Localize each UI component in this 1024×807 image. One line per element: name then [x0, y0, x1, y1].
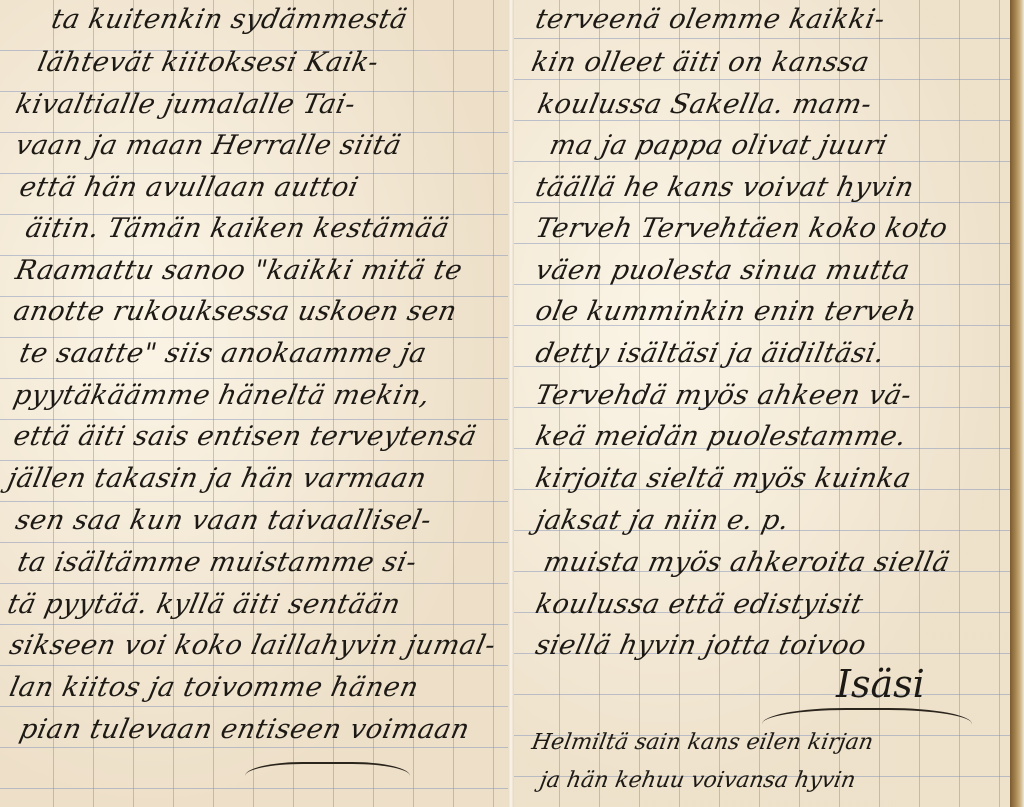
text-line: jaksat ja niin e. p.: [533, 505, 793, 536]
text-line: te saatte" siis anokaamme ja: [17, 338, 430, 369]
text-line: anotte rukouksessa uskoen sen: [11, 296, 460, 327]
text-line: koulussa Sakella. mam-: [535, 89, 875, 120]
flourish-line: [762, 708, 972, 724]
text-line: muista myös ahkeroita siellä: [541, 547, 953, 578]
text-line: äitin. Tämän kaiken kestämää: [23, 213, 452, 244]
text-line: ole kumminkin enin terveh: [533, 296, 920, 327]
text-line: jällen takasin ja hän varmaan: [5, 463, 430, 494]
text-line: kin olleet äiti on kanssa: [529, 47, 873, 78]
text-line: että hän avullaan auttoi: [17, 172, 362, 203]
text-line: sikseen voi koko laillahyvin jumal-: [7, 630, 499, 661]
text-line: vaan ja maan Herralle siitä: [13, 130, 405, 161]
postscript-line: Helmiltä sain kans eilen kirjan: [530, 730, 875, 755]
text-line: ta kuitenkin sydämmestä: [49, 4, 411, 35]
text-line: kivaltialle jumalalle Tai-: [13, 89, 359, 120]
text-line: Raamattu sanoo "kaikki mitä te: [13, 255, 466, 286]
text-line: pyytäkäämme häneltä mekin,: [11, 380, 433, 411]
text-line: siellä hyvin jotta toivoo: [533, 630, 870, 661]
text-line: detty isältäsi ja äidiltäsi.: [533, 338, 888, 369]
text-line: sen saa kun vaan taivaallisel-: [13, 505, 435, 536]
text-line: että äiti sais entisen terveytensä: [11, 421, 480, 452]
signature: Isäsi: [836, 662, 925, 706]
text-line: lähtevät kiitoksesi Kaik-: [35, 47, 382, 78]
left-page: ta kuitenkin sydämmestä lähtevät kiitoks…: [0, 0, 508, 807]
text-line: Terveh Tervehtäen koko koto: [533, 213, 951, 244]
letter-scan: ta kuitenkin sydämmestä lähtevät kiitoks…: [0, 0, 1024, 807]
text-line: kirjoita sieltä myös kuinka: [533, 463, 914, 494]
text-line: tä pyytää. kyllä äiti sentään: [5, 589, 404, 620]
text-line: täällä he kans voivat hyvin: [533, 172, 917, 203]
flourish-line: [245, 762, 410, 776]
postscript-line: ja hän kehuu voivansa hyvin: [538, 768, 858, 793]
text-line: pian tulevaan entiseen voimaan: [17, 714, 473, 745]
text-line: ta isältämme muistamme si-: [15, 547, 420, 578]
right-page: terveenä olemme kaikki- kin olleet äiti …: [514, 0, 1010, 807]
text-line: keä meidän puolestamme.: [533, 421, 910, 452]
text-line: koulussa että edistyisit: [533, 589, 866, 620]
text-line: ma ja pappa olivat juuri: [547, 130, 891, 161]
text-line: lan kiitos ja toivomme hänen: [7, 672, 422, 703]
binding-edge: [1010, 0, 1024, 807]
text-line: terveenä olemme kaikki-: [533, 4, 888, 35]
text-line: väen puolesta sinua mutta: [533, 255, 913, 286]
text-line: Tervehdä myös ahkeen vä-: [533, 380, 915, 411]
